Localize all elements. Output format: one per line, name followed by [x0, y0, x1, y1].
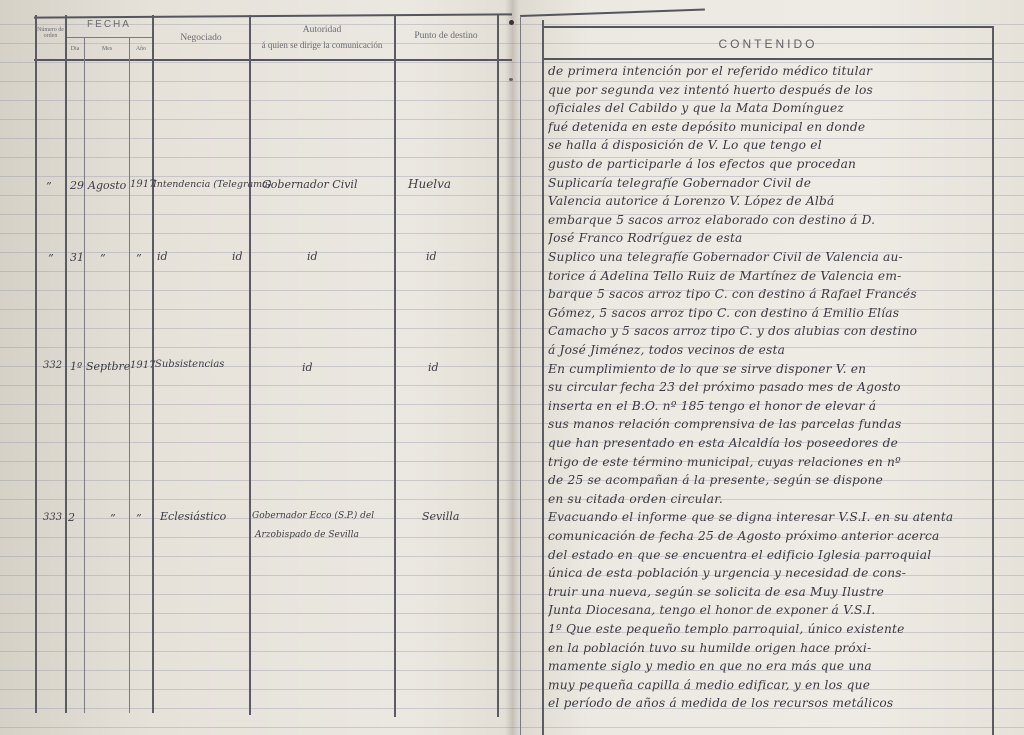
- row-autoridad: id: [307, 250, 318, 263]
- contenido-line: Suplicaría telegrafíe Gobernador Civil d…: [548, 176, 988, 190]
- contenido-line: Camacho y 5 sacos arroz tipo C. y dos al…: [548, 324, 988, 338]
- header-fecha: FECHA: [66, 20, 152, 31]
- contenido-line: comunicación de fecha 25 de Agosto próxi…: [548, 529, 988, 543]
- row-numero: 332: [43, 360, 62, 371]
- row-numero: 333: [43, 512, 62, 523]
- row-mes: Agosto: [88, 179, 126, 192]
- contenido-top-border: [543, 26, 994, 28]
- contenido-line: el período de años á medida de los recur…: [548, 696, 988, 710]
- col-border: [35, 15, 37, 713]
- col-border: [84, 37, 85, 713]
- contenido-line: se halla á disposición de V. Lo que teng…: [548, 138, 988, 152]
- header-autoridad: Autoridad: [250, 26, 394, 36]
- header-numero-orden: Número de orden: [36, 27, 65, 40]
- contenido-line: que han presentado en esta Alcaldía los …: [548, 436, 988, 450]
- header-autoridad-sub: á quien se dirige la comunicación: [250, 41, 394, 50]
- col-border: [249, 15, 251, 715]
- row-dia: 2: [68, 511, 75, 524]
- row-negociado: id: [157, 250, 168, 263]
- contenido-line: gusto de participarle á los efectos que …: [548, 157, 988, 171]
- fecha-divider: [65, 37, 153, 38]
- row-ano: 1917: [130, 179, 155, 190]
- row-destino: id: [428, 361, 439, 374]
- contenido-line: oficiales del Cabildo y que la Mata Domí…: [548, 101, 988, 115]
- col-border: [129, 37, 130, 713]
- header-ano: Año: [130, 46, 152, 52]
- row-ano: ”: [136, 252, 142, 265]
- row-negociado: Eclesiástico: [160, 510, 226, 523]
- row-ano: 1917: [130, 360, 155, 371]
- contenido-line: en la población tuvo su humilde origen h…: [548, 641, 988, 655]
- col-border: [65, 15, 67, 713]
- row-mes: ”: [100, 252, 106, 265]
- contenido-line: barque 5 sacos arroz tipo C. con destino…: [548, 287, 988, 301]
- binding-stitch: [509, 20, 514, 25]
- header-contenido: CONTENIDO: [543, 38, 993, 51]
- header-negociado: Negociado: [153, 34, 249, 44]
- contenido-line: á José Jiménez, todos vecinos de esta: [548, 343, 988, 357]
- contenido-right-border: [992, 26, 994, 735]
- header-punto-destino: Punto de destino: [395, 32, 497, 42]
- contenido-line: embarque 5 sacos arroz elaborado con des…: [548, 213, 988, 227]
- row-destino: Huelva: [408, 177, 451, 191]
- row-negociado: Intendencia (Telegrama): [153, 179, 272, 190]
- binding-stitch: [509, 78, 513, 81]
- row-autoridad-line2: Arzobispado de Sevilla: [255, 530, 359, 540]
- contenido-line: en su citada orden circular.: [548, 492, 988, 506]
- row-numero: ”: [46, 180, 52, 193]
- contenido-line: sus manos relación comprensiva de las pa…: [548, 417, 988, 431]
- contenido-line: muy pequeña capilla á medio edificar, y …: [548, 678, 988, 692]
- contenido-header-bottom: [543, 58, 994, 60]
- header-dia: Dia: [66, 46, 84, 52]
- contenido-line: Junta Diocesana, tengo el honor de expon…: [548, 603, 988, 617]
- contenido-line: 1º Que este pequeño templo parroquial, ú…: [548, 622, 988, 636]
- contenido-line: que por segunda vez intentó huerto despu…: [548, 83, 988, 97]
- col-border: [394, 15, 396, 717]
- row-ano: ”: [136, 512, 142, 525]
- contenido-line: Evacuando el informe que se digna intere…: [548, 510, 988, 524]
- contenido-line: única de esta población y urgencia y nec…: [548, 566, 988, 580]
- contenido-line: Valencia autorice á Lorenzo V. López de …: [548, 194, 988, 208]
- row-dia: 1º: [70, 360, 82, 373]
- row-numero: ”: [48, 252, 54, 265]
- contenido-line: Gómez, 5 sacos arroz tipo C. con destino…: [548, 306, 988, 320]
- row-dia: 29: [70, 179, 84, 192]
- contenido-line: Suplico una telegrafíe Gobernador Civil …: [548, 250, 988, 264]
- contenido-line: del estado en que se encuentra el edific…: [548, 548, 988, 562]
- contenido-line: su circular fecha 23 del próximo pasado …: [548, 380, 988, 394]
- row-negociado: Subsistencias: [155, 359, 224, 370]
- contenido-line: truir una nueva, según se solicita de es…: [548, 585, 988, 599]
- book-gutter: [505, 0, 519, 735]
- row-negociado-extra: id: [232, 250, 243, 263]
- row-destino: Sevilla: [422, 510, 459, 523]
- row-autoridad: id: [302, 361, 313, 374]
- row-autoridad: Gobernador Civil: [262, 178, 357, 191]
- contenido-line: mamente siglo y medio en que no era más …: [548, 659, 988, 673]
- row-destino: id: [426, 250, 437, 263]
- row-dia: 31: [70, 251, 84, 264]
- contenido-line: de 25 se acompañan á la presente, según …: [548, 473, 988, 487]
- contenido-line: José Franco Rodríguez de esta: [548, 231, 988, 245]
- row-autoridad: Gobernador Ecco (S.P.) del: [252, 511, 374, 521]
- row-mes: Septbre: [86, 360, 130, 373]
- contenido-line: trigo de este término municipal, cuyas r…: [548, 455, 988, 469]
- contenido-left-border: [542, 20, 544, 735]
- contenido-line: En cumplimiento de lo que se sirve dispo…: [548, 362, 988, 376]
- contenido-line: inserta en el B.O. nº 185 tengo el honor…: [548, 399, 988, 413]
- header-mes: Mes: [85, 46, 129, 52]
- contenido-line: torice á Adelina Tello Ruiz de Martínez …: [548, 269, 988, 283]
- page-margin-line: [520, 16, 521, 735]
- row-mes: ”: [110, 512, 116, 525]
- col-border: [497, 15, 499, 717]
- header-bottom-border: [34, 59, 512, 61]
- contenido-line: de primera intención por el referido méd…: [548, 64, 988, 78]
- contenido-line: fué detenida en este depósito municipal …: [548, 120, 988, 134]
